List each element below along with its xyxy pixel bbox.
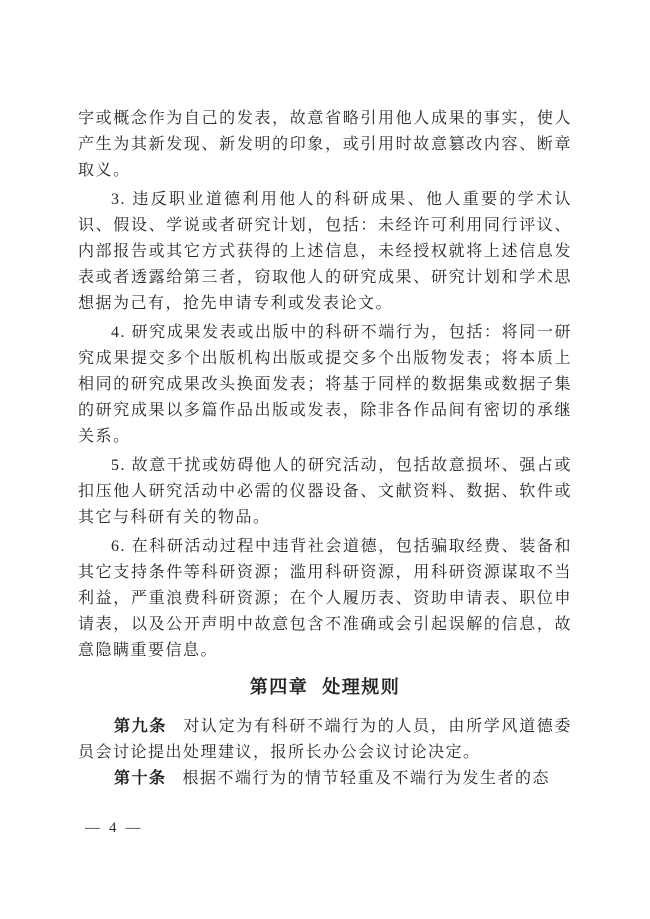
- paragraph-item-5: 5. 故意干扰或妨碍他人的研究活动，包括故意损坏、强占或扣压他人研究活动中必需的…: [78, 453, 572, 531]
- document-page: 字或概念作为自己的发表，故意省略引用他人成果的事实，使人产生为其新发现、新发明的…: [0, 0, 650, 919]
- article-label-9: 第九条: [114, 718, 167, 735]
- article-paragraph-9: 第九条对认定为有科研不端行为的人员，由所学风道德委员会讨论提出处理建议，报所长办…: [78, 714, 572, 766]
- paragraph-item-3: 3. 违反职业道德利用他人的科研成果、他人重要的学术认识、假设、学说或者研究计划…: [78, 187, 572, 317]
- footer-dash-right: —: [126, 819, 141, 837]
- footer-dash-left: —: [85, 819, 100, 837]
- paragraph-item-4: 4. 研究成果发表或出版中的科研不端行为，包括：将同一研究成果提交多个出版机构出…: [78, 320, 572, 450]
- article-paragraph-10: 第十条根据不端行为的情节轻重及不端行为发生者的态: [78, 766, 572, 792]
- paragraph-continuation: 字或概念作为自己的发表，故意省略引用他人成果的事实，使人产生为其新发现、新发明的…: [78, 106, 572, 184]
- chapter-heading: 第四章处理规则: [78, 674, 572, 700]
- article-label-10: 第十条: [114, 770, 167, 787]
- chapter-number: 第四章: [250, 677, 309, 697]
- chapter-title: 处理规则: [322, 677, 400, 697]
- paragraph-item-6: 6. 在科研活动过程中违背社会道德，包括骗取经费、装备和其它支持条件等科研资源；…: [78, 534, 572, 664]
- page-footer: — 4 —: [85, 819, 141, 837]
- article-text-10: 根据不端行为的情节轻重及不端行为发生者的态: [183, 770, 551, 787]
- page-number: 4: [109, 819, 117, 837]
- body-text: 字或概念作为自己的发表，故意省略引用他人成果的事实，使人产生为其新发现、新发明的…: [78, 106, 572, 792]
